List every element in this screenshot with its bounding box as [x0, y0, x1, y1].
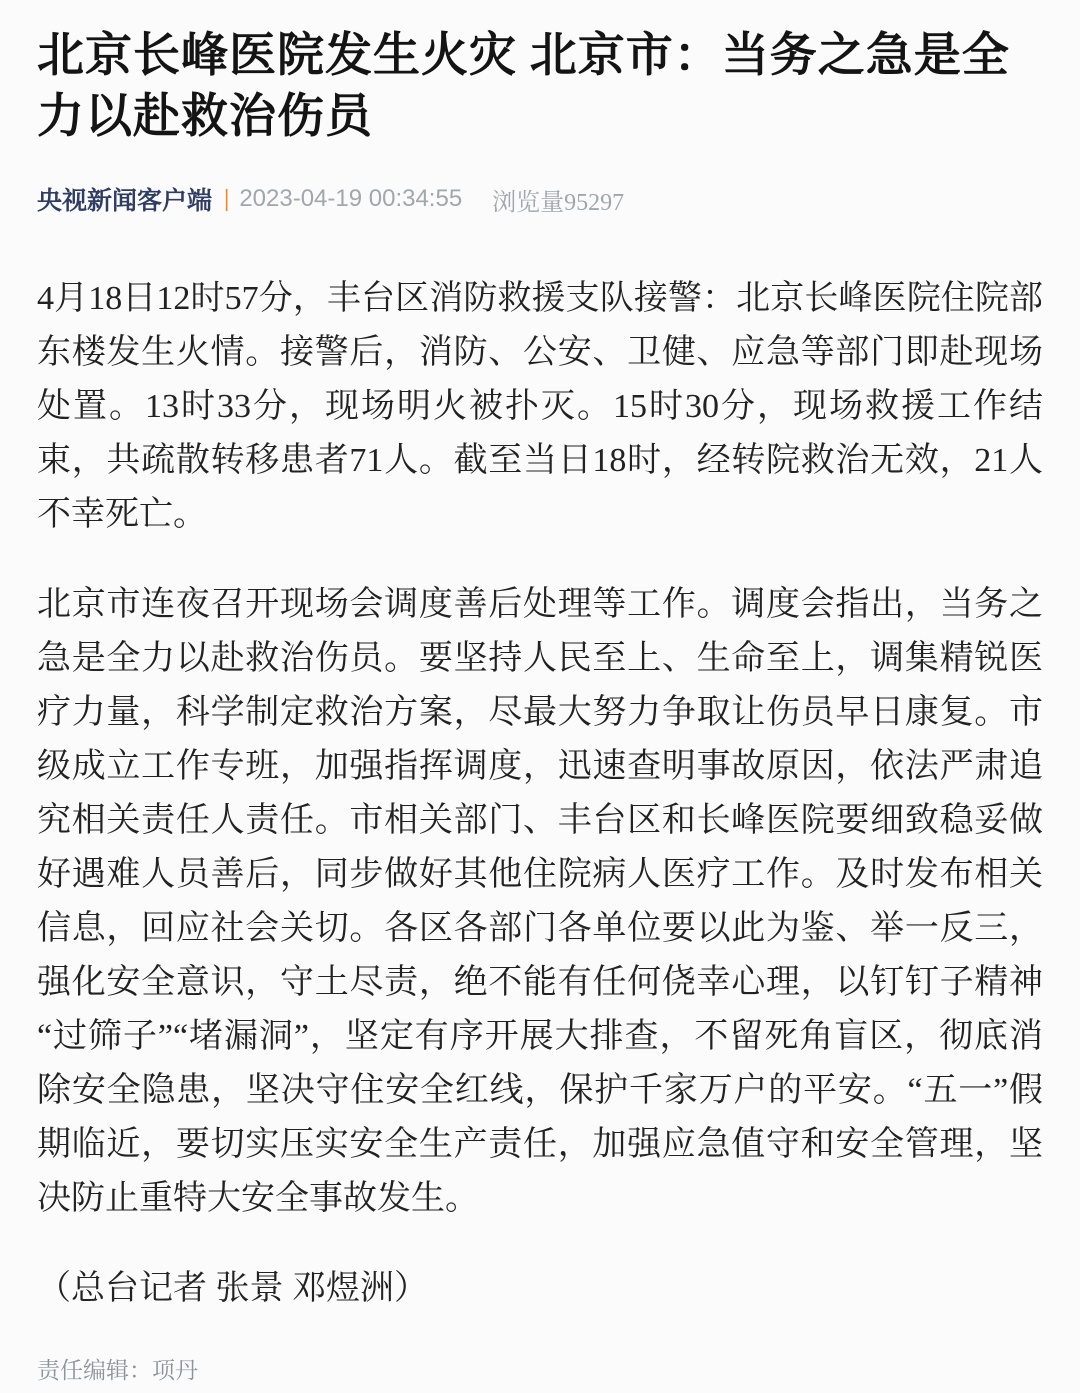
editor-name: 项丹 — [152, 1358, 198, 1383]
paragraph-response: 北京市连夜召开现场会调度善后处理等工作。调度会指出，当务之急是全力以赴救治伤员。… — [37, 578, 1043, 1226]
article-title: 北京长峰医院发生火灾 北京市：当务之急是全力以赴救治伤员 — [37, 26, 1043, 148]
publish-datetime: 2023-04-19 00:34:55 — [239, 185, 462, 213]
article-page: 北京长峰医院发生火灾 北京市：当务之急是全力以赴救治伤员 央视新闻客户端 | 2… — [0, 0, 1080, 1385]
editor-line: 责任编辑：项丹 — [37, 1352, 1043, 1385]
paragraph-incident: 4月18日12时57分，丰台区消防救援支队接警：北京长峰医院住院部东楼发生火情。… — [37, 272, 1043, 542]
article-body: 4月18日12时57分，丰台区消防救援支队接警：北京长峰医院住院部东楼发生火情。… — [37, 272, 1043, 1316]
source-name: 央视新闻客户端 — [37, 181, 212, 217]
view-count: 浏览量95297 — [492, 182, 624, 217]
editor-label: 责任编辑： — [37, 1358, 152, 1383]
article-meta: 央视新闻客户端 | 2023-04-19 00:34:55 浏览量95297 — [37, 181, 1043, 217]
reporter-credit: （总台记者 张景 邓煜洲） — [37, 1262, 1043, 1316]
meta-separator: | — [224, 186, 229, 213]
